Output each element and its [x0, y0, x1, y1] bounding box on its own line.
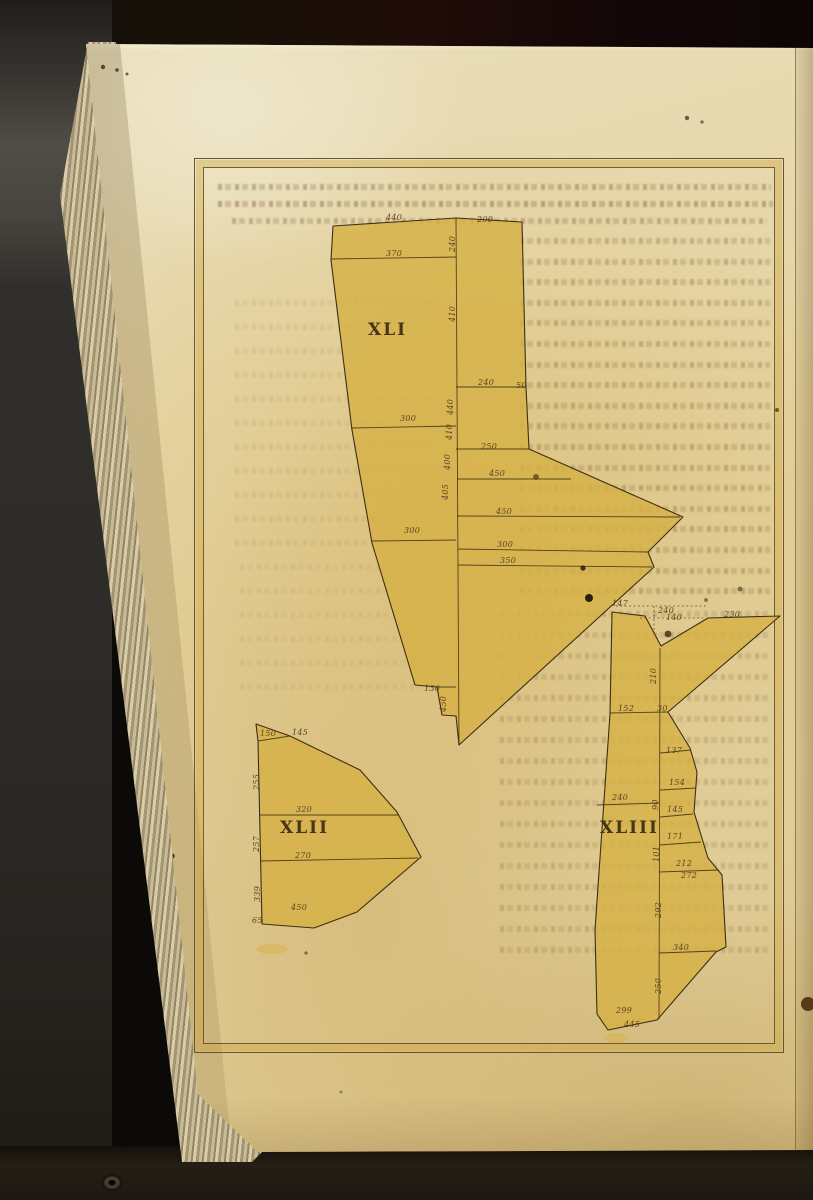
measurement-label: 405	[442, 484, 450, 500]
measurement-label: 257	[253, 836, 261, 852]
ink-speck	[533, 474, 539, 480]
measurement-label: 410	[446, 424, 454, 440]
ink-speck	[704, 598, 708, 602]
measurement-label: 200	[477, 216, 493, 224]
measurement-label: 400	[444, 454, 452, 470]
ink-speck	[775, 408, 779, 412]
ink-speck	[585, 594, 593, 602]
measurement-label: 140	[666, 614, 682, 622]
measurement-label: 440	[447, 399, 455, 415]
measurement-label: 101	[653, 846, 661, 862]
measurement-label: 30	[657, 705, 668, 713]
background-bottom	[0, 1146, 813, 1200]
ink-speck	[700, 120, 703, 123]
measurement-label: 272	[681, 872, 697, 880]
measurement-label: 50	[516, 382, 527, 390]
measurement-label: 171	[667, 833, 683, 841]
measurement-label: 240	[478, 379, 494, 387]
measurement-label: 370	[386, 250, 402, 258]
measurement-label: 240	[612, 794, 628, 802]
measurement-label: 450	[440, 696, 448, 712]
measurement-label: 240	[449, 236, 457, 252]
measurement-label: 350	[500, 557, 516, 565]
measurement-label: 147	[612, 600, 628, 608]
measurement-label: 339	[254, 886, 262, 902]
ink-speck	[304, 951, 307, 954]
ink-speck	[115, 68, 119, 72]
ink-speck	[738, 587, 743, 592]
figure-label-XLI: XLI	[368, 322, 407, 339]
measurement-label: 440	[386, 214, 402, 222]
measurement-label: 230	[724, 611, 740, 619]
pigment-smudge	[256, 944, 288, 954]
measurement-label: 90	[652, 799, 660, 810]
measurement-label: 250	[655, 978, 663, 994]
ink-speck	[580, 565, 585, 570]
pigment-smudge	[604, 1033, 628, 1043]
measurement-label: 250	[481, 443, 497, 451]
measurement-label: 300	[404, 527, 420, 535]
figure-label-XLII: XLII	[280, 820, 329, 837]
measurement-label: 292	[655, 902, 663, 918]
measurement-label: 300	[400, 415, 416, 423]
measurement-label: 150	[260, 730, 276, 738]
measurement-label: 450	[489, 470, 505, 478]
ink-speck	[340, 1091, 343, 1094]
measurement-label: 65	[252, 917, 263, 925]
measurement-label: 270	[295, 852, 311, 860]
measurement-label: 210	[650, 668, 658, 684]
measurement-label: 152	[618, 705, 634, 713]
cradle-screw	[100, 1174, 124, 1192]
measurement-label: 410	[449, 306, 457, 322]
measurement-label: 154	[669, 779, 685, 787]
measurement-label: 340	[673, 944, 689, 952]
measurement-label: 320	[296, 806, 312, 814]
measurement-label: 299	[616, 1007, 632, 1015]
measurement-label: 145	[292, 729, 308, 737]
ink-speck	[685, 116, 689, 120]
manuscript-photo: XLI4402002403704102405030044041025040045…	[0, 0, 813, 1200]
measurement-label: 445	[624, 1021, 640, 1029]
measurement-label: 450	[496, 508, 512, 516]
measurement-label: 450	[291, 904, 307, 912]
measurement-label: 255	[253, 774, 261, 790]
measurement-label: 212	[676, 860, 692, 868]
measurement-label: 137	[666, 747, 682, 755]
measurement-label: 300	[497, 541, 513, 549]
ink-speck	[801, 997, 813, 1011]
figure-label-XLIII: XLIII	[600, 820, 659, 837]
ink-speck	[101, 65, 105, 69]
ink-speck	[665, 631, 672, 638]
measurement-label: 145	[667, 806, 683, 814]
measurement-label: 130	[424, 685, 440, 693]
ink-speck	[126, 73, 129, 76]
